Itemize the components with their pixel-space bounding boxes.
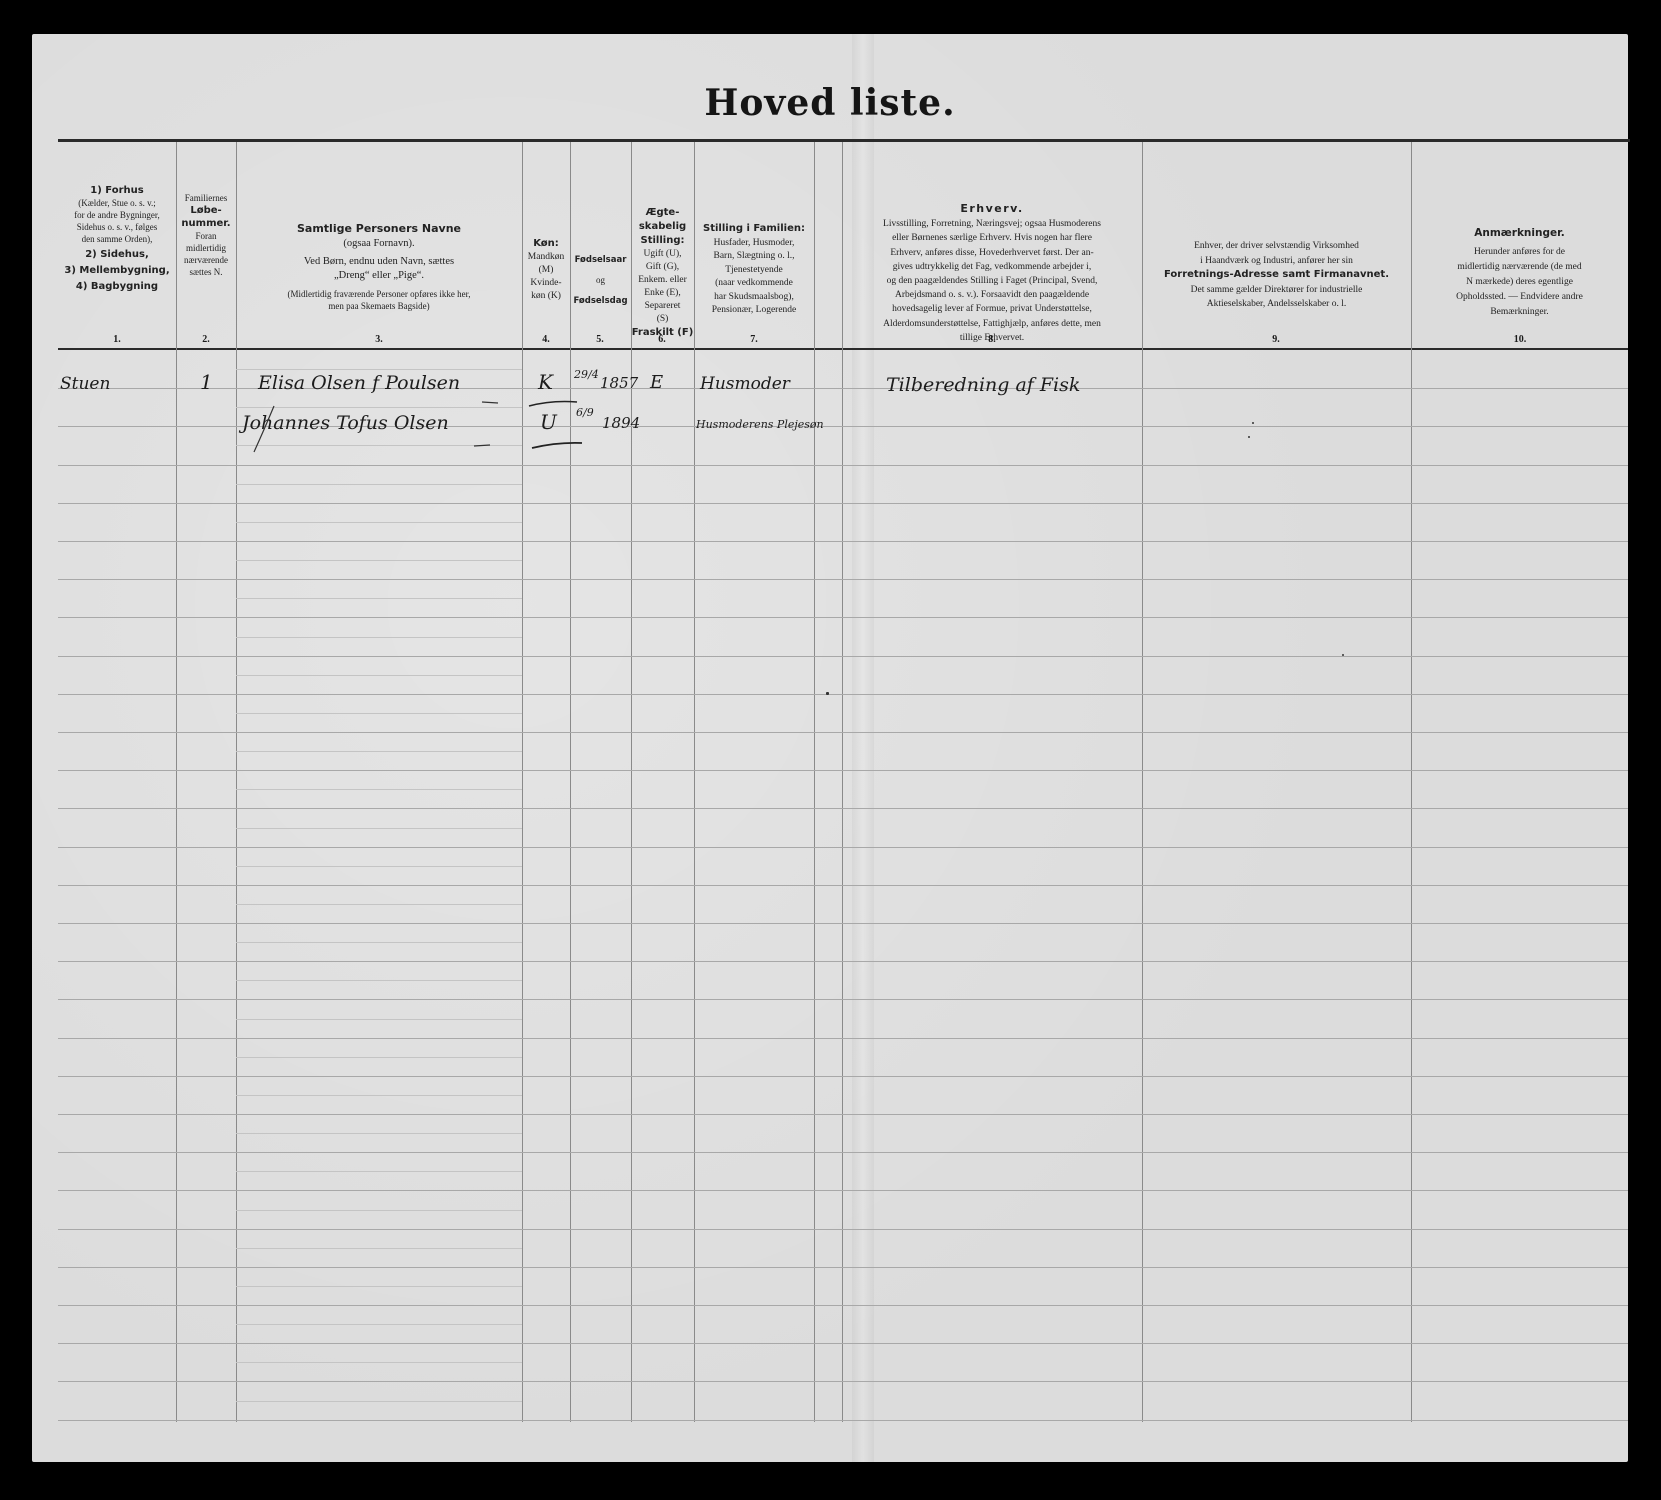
- ink-speck: [1248, 436, 1250, 438]
- handwriting-strokes: [32, 34, 1628, 1462]
- census-form-page: Hoved liste. 1) Forhus (Kælder, Stue o. …: [32, 34, 1628, 1462]
- ink-speck: [1252, 422, 1254, 424]
- ink-speck: [1342, 654, 1344, 656]
- ink-speck: [826, 692, 829, 695]
